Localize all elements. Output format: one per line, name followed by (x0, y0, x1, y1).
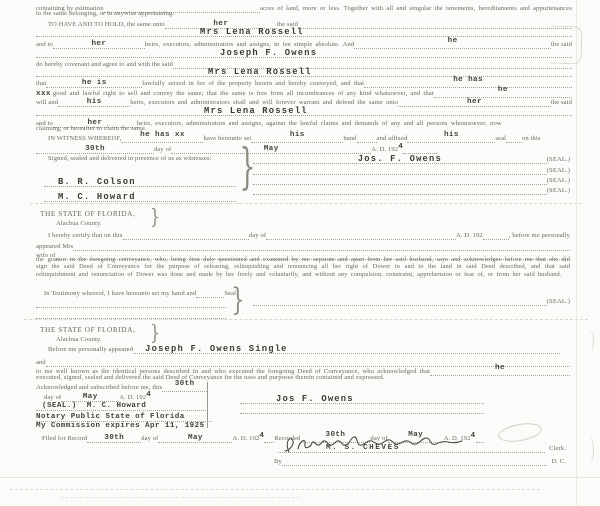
printed-text: A. D. 192 (232, 435, 259, 443)
typed-entry-month: May (83, 393, 98, 401)
printed-text: lawfully seized in fee of the property h… (142, 80, 364, 88)
paper-fold-line (576, 0, 577, 506)
form-line-executed: executed, signed, sealed and delivered t… (36, 374, 384, 382)
blank-line (36, 298, 226, 308)
dotted-rule (264, 433, 274, 443)
blank-line (240, 404, 484, 414)
form-line-certify: I hereby certify that on this day of A. … (48, 230, 570, 240)
printed-text: day of (154, 146, 171, 154)
blank-line: May (171, 144, 371, 154)
blank-line: Jos F. Owens (240, 394, 484, 404)
blank-line: Jos. F. Owens (253, 154, 547, 164)
seal-line-4: (SEAL.) (253, 185, 570, 195)
printed-text: day of (141, 435, 158, 443)
printed-text: THE STATE OF FLORIDA, (40, 326, 135, 334)
section-divider (24, 319, 588, 320)
form-line-grantee-name-3: Mrs Lena Rossell (36, 106, 572, 116)
page-edge-line (0, 477, 600, 478)
typed-entry-year: 4 (398, 143, 403, 151)
seal-label: (SEAL.) (547, 298, 570, 306)
blank-line: Mrs Lena Rossell (36, 67, 572, 77)
typed-entry-grantee-name: Mrs Lena Rossell (204, 107, 308, 115)
blank-line: Joseph F. Owens (36, 48, 572, 58)
typed-entry-his: his (87, 98, 102, 106)
printed-text: Signed, sealed and delivered in presence… (48, 155, 211, 163)
county-heading-2: Alachua County. (56, 336, 102, 344)
typed-entry-grantor-name: Joseph F. Owens (220, 49, 317, 57)
printed-text: I hereby certify that on this (48, 232, 123, 240)
dotted-rule (123, 230, 249, 240)
blank-line (282, 456, 547, 466)
printed-text: executed, signed, sealed and delivered t… (36, 374, 384, 382)
form-line-before-appeared: Before me personally appeared Joseph F. … (48, 344, 560, 354)
brace-venue-2: } (150, 323, 160, 344)
typed-entry-his: his (444, 131, 459, 139)
printed-text: , before me personally (509, 232, 570, 240)
seal-line-1: Jos. F. Owens (SEAL.) (253, 154, 570, 164)
brace-testimony: } (231, 285, 244, 316)
blank-line (36, 309, 226, 319)
printed-text: In Testimony whereof, I have hereunto se… (44, 290, 196, 298)
blank-line: Notary Public State of Florida (36, 412, 212, 422)
blank-line (253, 165, 547, 175)
blank-line: May (158, 433, 232, 443)
handwritten-signature (282, 432, 472, 456)
printed-text: Filed for Record (42, 435, 87, 443)
dower-paragraph: the grantor in the foregoing conveyance,… (36, 256, 570, 278)
typed-entry-month: May (188, 434, 203, 442)
printed-text: claiming, or hereafter to claim the same… (36, 125, 147, 133)
blank-line: he has (364, 78, 572, 88)
page-edge-line-3 (60, 497, 300, 498)
printed-text: acres of land, more or less. Together wi… (260, 5, 572, 13)
witness-signature-2: M. C. Howard (44, 192, 236, 202)
form-line-in-witness: IN WITNESS WHEREOF, he has xx have hereu… (48, 133, 572, 143)
section-divider (30, 203, 582, 204)
typed-entry-he-is: he is (82, 79, 107, 87)
printed-text: A. D. 192 (456, 232, 483, 240)
dotted-rule (196, 288, 224, 298)
form-line-belonging: to the same belonging, or in anywise app… (36, 10, 174, 18)
blank-line: he is (46, 78, 142, 88)
blank-line: 30th (87, 433, 141, 443)
seal-line-dower: (SEAL.) (253, 296, 570, 306)
paper-tear-mark (584, 330, 594, 354)
deed-document-page: containing by estimation acres of land, … (0, 0, 600, 506)
typed-entry-he: he (448, 37, 458, 45)
typed-witness-1: B. R. Colson (58, 178, 136, 186)
typed-entry-he-has-xx: he has xx (140, 131, 185, 139)
seal-label: (SEAL.) (547, 177, 570, 185)
printed-text: IN WITNESS WHEREOF, (48, 135, 121, 143)
printed-text: day of (249, 232, 266, 240)
printed-text: By (274, 458, 282, 466)
blank-line: Joseph F. Owens Single (133, 344, 560, 354)
printed-text: seal (495, 135, 506, 143)
blank-line (253, 296, 547, 306)
form-line-date: 30th day of May A. D. 192 4 (36, 144, 437, 154)
blank-line (253, 175, 547, 185)
printed-text: on this (522, 135, 540, 143)
county-heading: Alachua County. (56, 220, 102, 228)
typed-entry-grantee-name: Mrs Lena Rossell (200, 28, 304, 36)
typed-entry-day: 30th (175, 380, 195, 388)
seal-line-3: (SEAL.) (253, 175, 570, 185)
brace-venue: } (150, 207, 160, 228)
form-line-testimony: In Testimony whereof, I have hereunto se… (44, 288, 236, 298)
form-line-acknowledged: Acknowledged and subscribed before me, t… (36, 382, 207, 392)
typed-entry-he-has: he has (453, 76, 483, 84)
printed-text: hand (343, 135, 356, 143)
form-line-seized: that he is lawfully seized in fee of the… (36, 78, 572, 88)
printed-text: to the same belonging, or in anywise app… (36, 10, 174, 18)
typed-seal: (SEAL.) (42, 402, 77, 410)
blank-line: M. C. Howard (44, 192, 236, 202)
blank-line (253, 185, 547, 195)
printed-text: Alachua County. (56, 220, 102, 228)
typed-entry-his: his (290, 131, 305, 139)
printed-text: Before me personally appeared (48, 346, 133, 354)
notary-seal-line: (SEAL.) M. C. Howard (36, 401, 208, 411)
typed-entry-grantee-name: Mrs Lena Rossell (208, 68, 312, 76)
deputy-clerk-line: By D. C. (274, 456, 566, 466)
typed-entry-month: May (264, 145, 279, 153)
blank-line: he has xx (121, 133, 203, 143)
blank-line: his (407, 133, 495, 143)
blank-line: he (430, 366, 570, 376)
form-line-grantee-name-2: Mrs Lena Rossell (36, 67, 572, 77)
state-heading: THE STATE OF FLORIDA, (40, 210, 135, 218)
form-line-grantee-name: Mrs Lena Rossell (36, 27, 572, 37)
printed-text: Alachua County. (56, 336, 102, 344)
typed-signature-owens-2: Jos F. Owens (276, 395, 354, 403)
paper-clip-mark (550, 25, 582, 64)
dotted-rule (483, 230, 509, 240)
typed-entry-he: he (498, 86, 508, 94)
typed-entry-day: 30th (85, 145, 105, 153)
printed-text: A. D. 192 (371, 146, 398, 154)
blank-line: (SEAL.) M. C. Howard (36, 401, 208, 411)
state-heading-2: THE STATE OF FLORIDA, (40, 326, 135, 334)
witnesses-heading: Signed, sealed and delivered in presence… (48, 155, 211, 163)
blank-line: Mrs Lena Rossell (36, 27, 572, 37)
seal-label: (SEAL.) (547, 187, 570, 195)
typed-entry-grantor-single: Joseph F. Owens Single (145, 345, 288, 353)
typed-entry-he: he (495, 364, 505, 372)
page-edge-line-2 (10, 489, 540, 490)
typed-entry-year: 4 (259, 432, 264, 440)
dotted-rule (403, 144, 437, 154)
typed-entry-day: 30th (104, 434, 124, 442)
typed-entry-year: 4 (146, 391, 151, 399)
blank-line: 30th (36, 144, 154, 154)
form-line-grantor-name: Joseph F. Owens (36, 48, 572, 58)
typed-notary-title: Notary Public State of Florida (36, 413, 185, 421)
blank-line: Mrs Lena Rossell (36, 106, 572, 116)
dotted-rule (357, 133, 377, 143)
notary-blank-line-2 (36, 309, 226, 319)
typed-commission: My Commission expires Apr 11, 1925 (36, 422, 205, 430)
typed-entry-her: her (467, 98, 482, 106)
witness-signature-1: B. R. Colson (44, 177, 236, 187)
blank-line: B. R. Colson (44, 177, 236, 187)
form-line-claiming: claiming, or hereafter to claim the same… (36, 125, 147, 133)
printed-text: Clerk. (549, 445, 566, 453)
paper-tear-mark-2 (584, 436, 594, 464)
typed-witness-2: M. C. Howard (58, 193, 136, 201)
grantor-ack-blank (240, 404, 484, 414)
typed-signature-owens: Jos. F. Owens (358, 155, 442, 163)
notary-blank-line-1 (36, 298, 226, 308)
blank-line: 30th (162, 382, 207, 392)
dotted-rule (506, 133, 522, 143)
blank-line: his (251, 133, 343, 143)
notary-title-line: Notary Public State of Florida (36, 412, 212, 422)
commission-line: My Commission expires Apr 11, 1925 (36, 422, 205, 430)
seal-label: (SEAL.) (547, 156, 570, 164)
dotted-rule (266, 230, 456, 240)
grantor-ack-signature: Jos F. Owens (240, 394, 484, 404)
printed-text: heirs, executors, administrators and ass… (137, 120, 502, 128)
typed-notary-name: M. C. Howard (87, 402, 146, 410)
seal-line-2: (SEAL.) (253, 165, 570, 175)
printed-text: THE STATE OF FLORIDA, (40, 210, 135, 218)
printed-text: Acknowledged and subscribed before me, t… (36, 384, 162, 392)
dotted-rule (476, 433, 484, 443)
printed-text: that (36, 80, 46, 88)
seal-label: (SEAL.) (547, 167, 570, 175)
printed-text: D. C. (551, 458, 566, 466)
typed-entry-her: her (91, 40, 106, 48)
